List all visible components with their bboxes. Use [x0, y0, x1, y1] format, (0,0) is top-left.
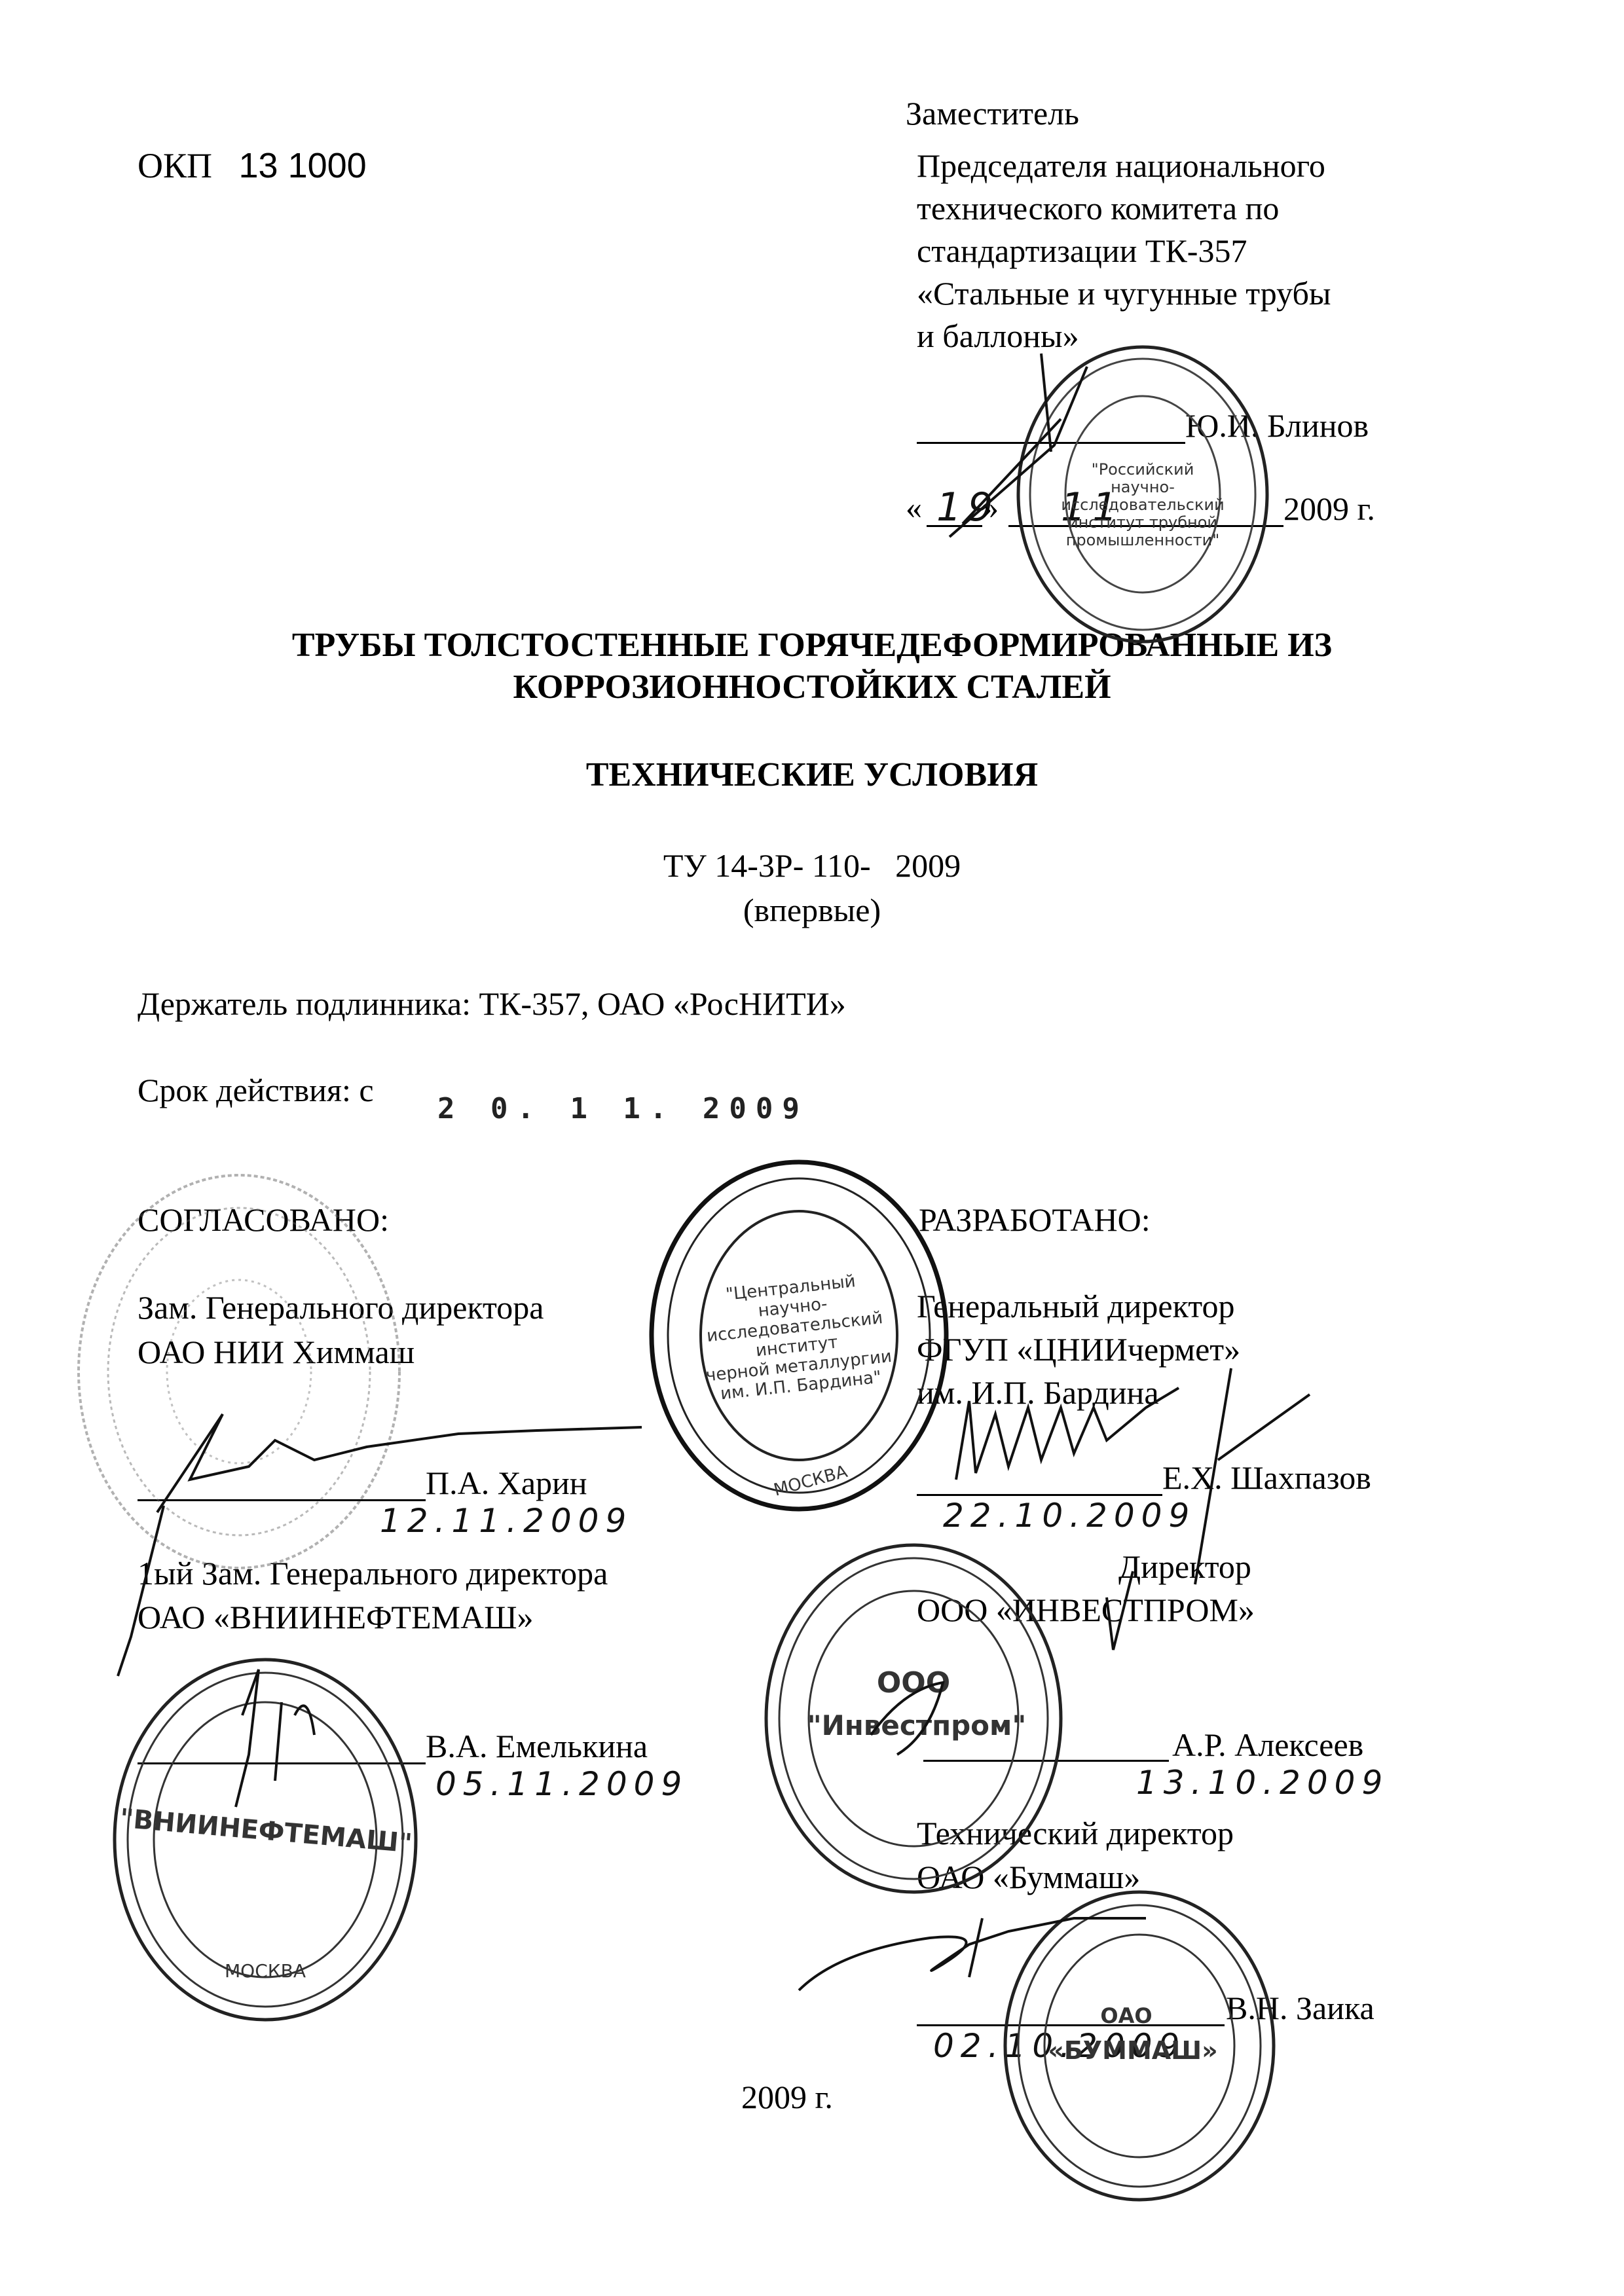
svg-text:МОСКВА: МОСКВА	[225, 1960, 306, 1982]
signer-name: П.А. Харин	[426, 1467, 587, 1499]
signer-organization: ОАО НИИ Химмаш	[138, 1336, 415, 1368]
validity-date-stamp: 2 0. 1 1. 2009	[437, 1095, 809, 1123]
okp-code: 13 1000	[239, 146, 367, 185]
signature-line	[917, 2024, 1225, 2026]
document-year: 2009 г.	[741, 2081, 833, 2113]
signer-position: Зам. Генерального директора	[138, 1291, 544, 1324]
svg-text:"ВНИИНЕФТЕМАШ": "ВНИИНЕФТЕМАШ"	[119, 1804, 413, 1859]
signature-line	[138, 1762, 426, 1764]
signer-name: В.А. Емелькина	[426, 1730, 648, 1762]
svg-text:черной металлургии: черной металлургии	[705, 1347, 893, 1386]
signer-organization: ООО «ИНВЕСТПРОМ»	[917, 1594, 1255, 1626]
signer-date: 05.11.2009	[435, 1768, 688, 1800]
svg-text:им. И.П. Бардина": им. И.П. Бардина"	[720, 1368, 883, 1404]
approval-line: «Стальные и чугунные трубы	[917, 277, 1331, 310]
signer-position: Генеральный директор	[917, 1290, 1234, 1322]
signer-organization: ФГУП «ЦНИИчермет»	[917, 1333, 1240, 1366]
approval-date-year: 2009 г.	[1283, 492, 1375, 525]
signer-organization: ОАО «ВНИИНЕФТЕМАШ»	[138, 1601, 534, 1633]
approval-date-close-quote: »	[982, 491, 999, 524]
signer-date: 12.11.2009	[380, 1504, 633, 1537]
signer-position: 1ый Зам. Генерального директора	[138, 1557, 608, 1590]
signature-line	[923, 1760, 1169, 1762]
stamps-and-signatures: "Российский научно- исследовательский ин…	[0, 0, 1624, 2296]
signer-organization: ОАО «Буммаш»	[917, 1861, 1140, 1893]
signer-name: А.Р. Алексеев	[1172, 1728, 1363, 1761]
signature-emelkina-icon	[236, 1669, 314, 1807]
signer-date: 13.10.2009	[1136, 1766, 1389, 1799]
date-underline	[1008, 525, 1283, 527]
approval-date-open-quote: «	[906, 491, 922, 524]
okp-label: ОКП	[138, 146, 212, 185]
developed-heading: РАЗРАБОТАНО:	[919, 1203, 1151, 1236]
approval-date-month: 11	[1061, 488, 1124, 527]
signature-line	[138, 1499, 426, 1501]
approval-signatory: Ю.И. Блинов	[1185, 409, 1369, 442]
svg-text:МОСКВА: МОСКВА	[771, 1462, 849, 1501]
document-subtitle: ТЕХНИЧЕСКИЕ УСЛОВИЯ	[0, 758, 1624, 792]
svg-text:ООО: ООО	[877, 1666, 950, 1700]
original-holder: Держатель подлинника: ТК-357, ОАО «РосНИ…	[138, 987, 846, 1020]
signer-position: Технический директор	[917, 1817, 1234, 1850]
signer-name: В.Н. Заика	[1226, 1992, 1375, 2024]
svg-text:промышленности": промышленности"	[1066, 531, 1220, 549]
document-title-line2: КОРРОЗИОННОСТОЙКИХ СТАЛЕЙ	[0, 670, 1624, 704]
agreed-heading: СОГЛАСОВАНО:	[138, 1203, 389, 1236]
signer-name: Е.Х. Шахпазов	[1162, 1461, 1371, 1494]
svg-text:научно-: научно-	[757, 1294, 828, 1321]
date-underline	[927, 525, 982, 527]
approval-line: технического комитета по	[917, 192, 1279, 225]
stamp-vniineftemash-icon: "ВНИИНЕФТЕМАШ" МОСКВА	[115, 1660, 416, 2020]
signature-line	[917, 442, 1185, 444]
edition-note: (впервые)	[0, 894, 1624, 926]
signer-organization-line2: им. И.П. Бардина	[917, 1376, 1159, 1409]
stamp-rosniti-icon: "Российский научно- исследовательский ин…	[1018, 347, 1267, 642]
tu-number: ТУ 14-3Р- 110- 2009	[0, 849, 1624, 882]
svg-text:"Центральный: "Центральный	[725, 1271, 857, 1305]
stamp-tsniichermet-icon: "Центральный научно- исследовательский и…	[652, 1162, 946, 1509]
approval-line: Заместитель	[906, 97, 1079, 130]
svg-text:институт: институт	[755, 1332, 839, 1360]
svg-text:"Инвестпром": "Инвестпром"	[807, 1709, 1027, 1741]
signature-line	[917, 1494, 1162, 1496]
approval-line: стандартизации ТК-357	[917, 234, 1247, 267]
signer-position: Директор	[1118, 1550, 1251, 1583]
signature-zaika-icon	[799, 1918, 1146, 1990]
svg-text:"Российский: "Российский	[1092, 460, 1194, 479]
svg-text:исследовательский: исследовательский	[706, 1308, 884, 1346]
validity-label: Срок действия: с	[138, 1074, 374, 1106]
signer-date: 22.10.2009	[943, 1499, 1196, 1532]
approval-line: и баллоны»	[917, 319, 1079, 352]
document-title-line1: ТРУБЫ ТОЛСТОСТЕННЫЕ ГОРЯЧЕДЕФОРМИРОВАННЫ…	[0, 629, 1624, 663]
approval-line: Председателя национального	[917, 149, 1325, 182]
okp-block: ОКП 13 1000	[138, 148, 367, 183]
signer-date: 02.10.2009	[933, 2030, 1186, 2062]
signature-kharin-icon	[118, 1414, 642, 1676]
